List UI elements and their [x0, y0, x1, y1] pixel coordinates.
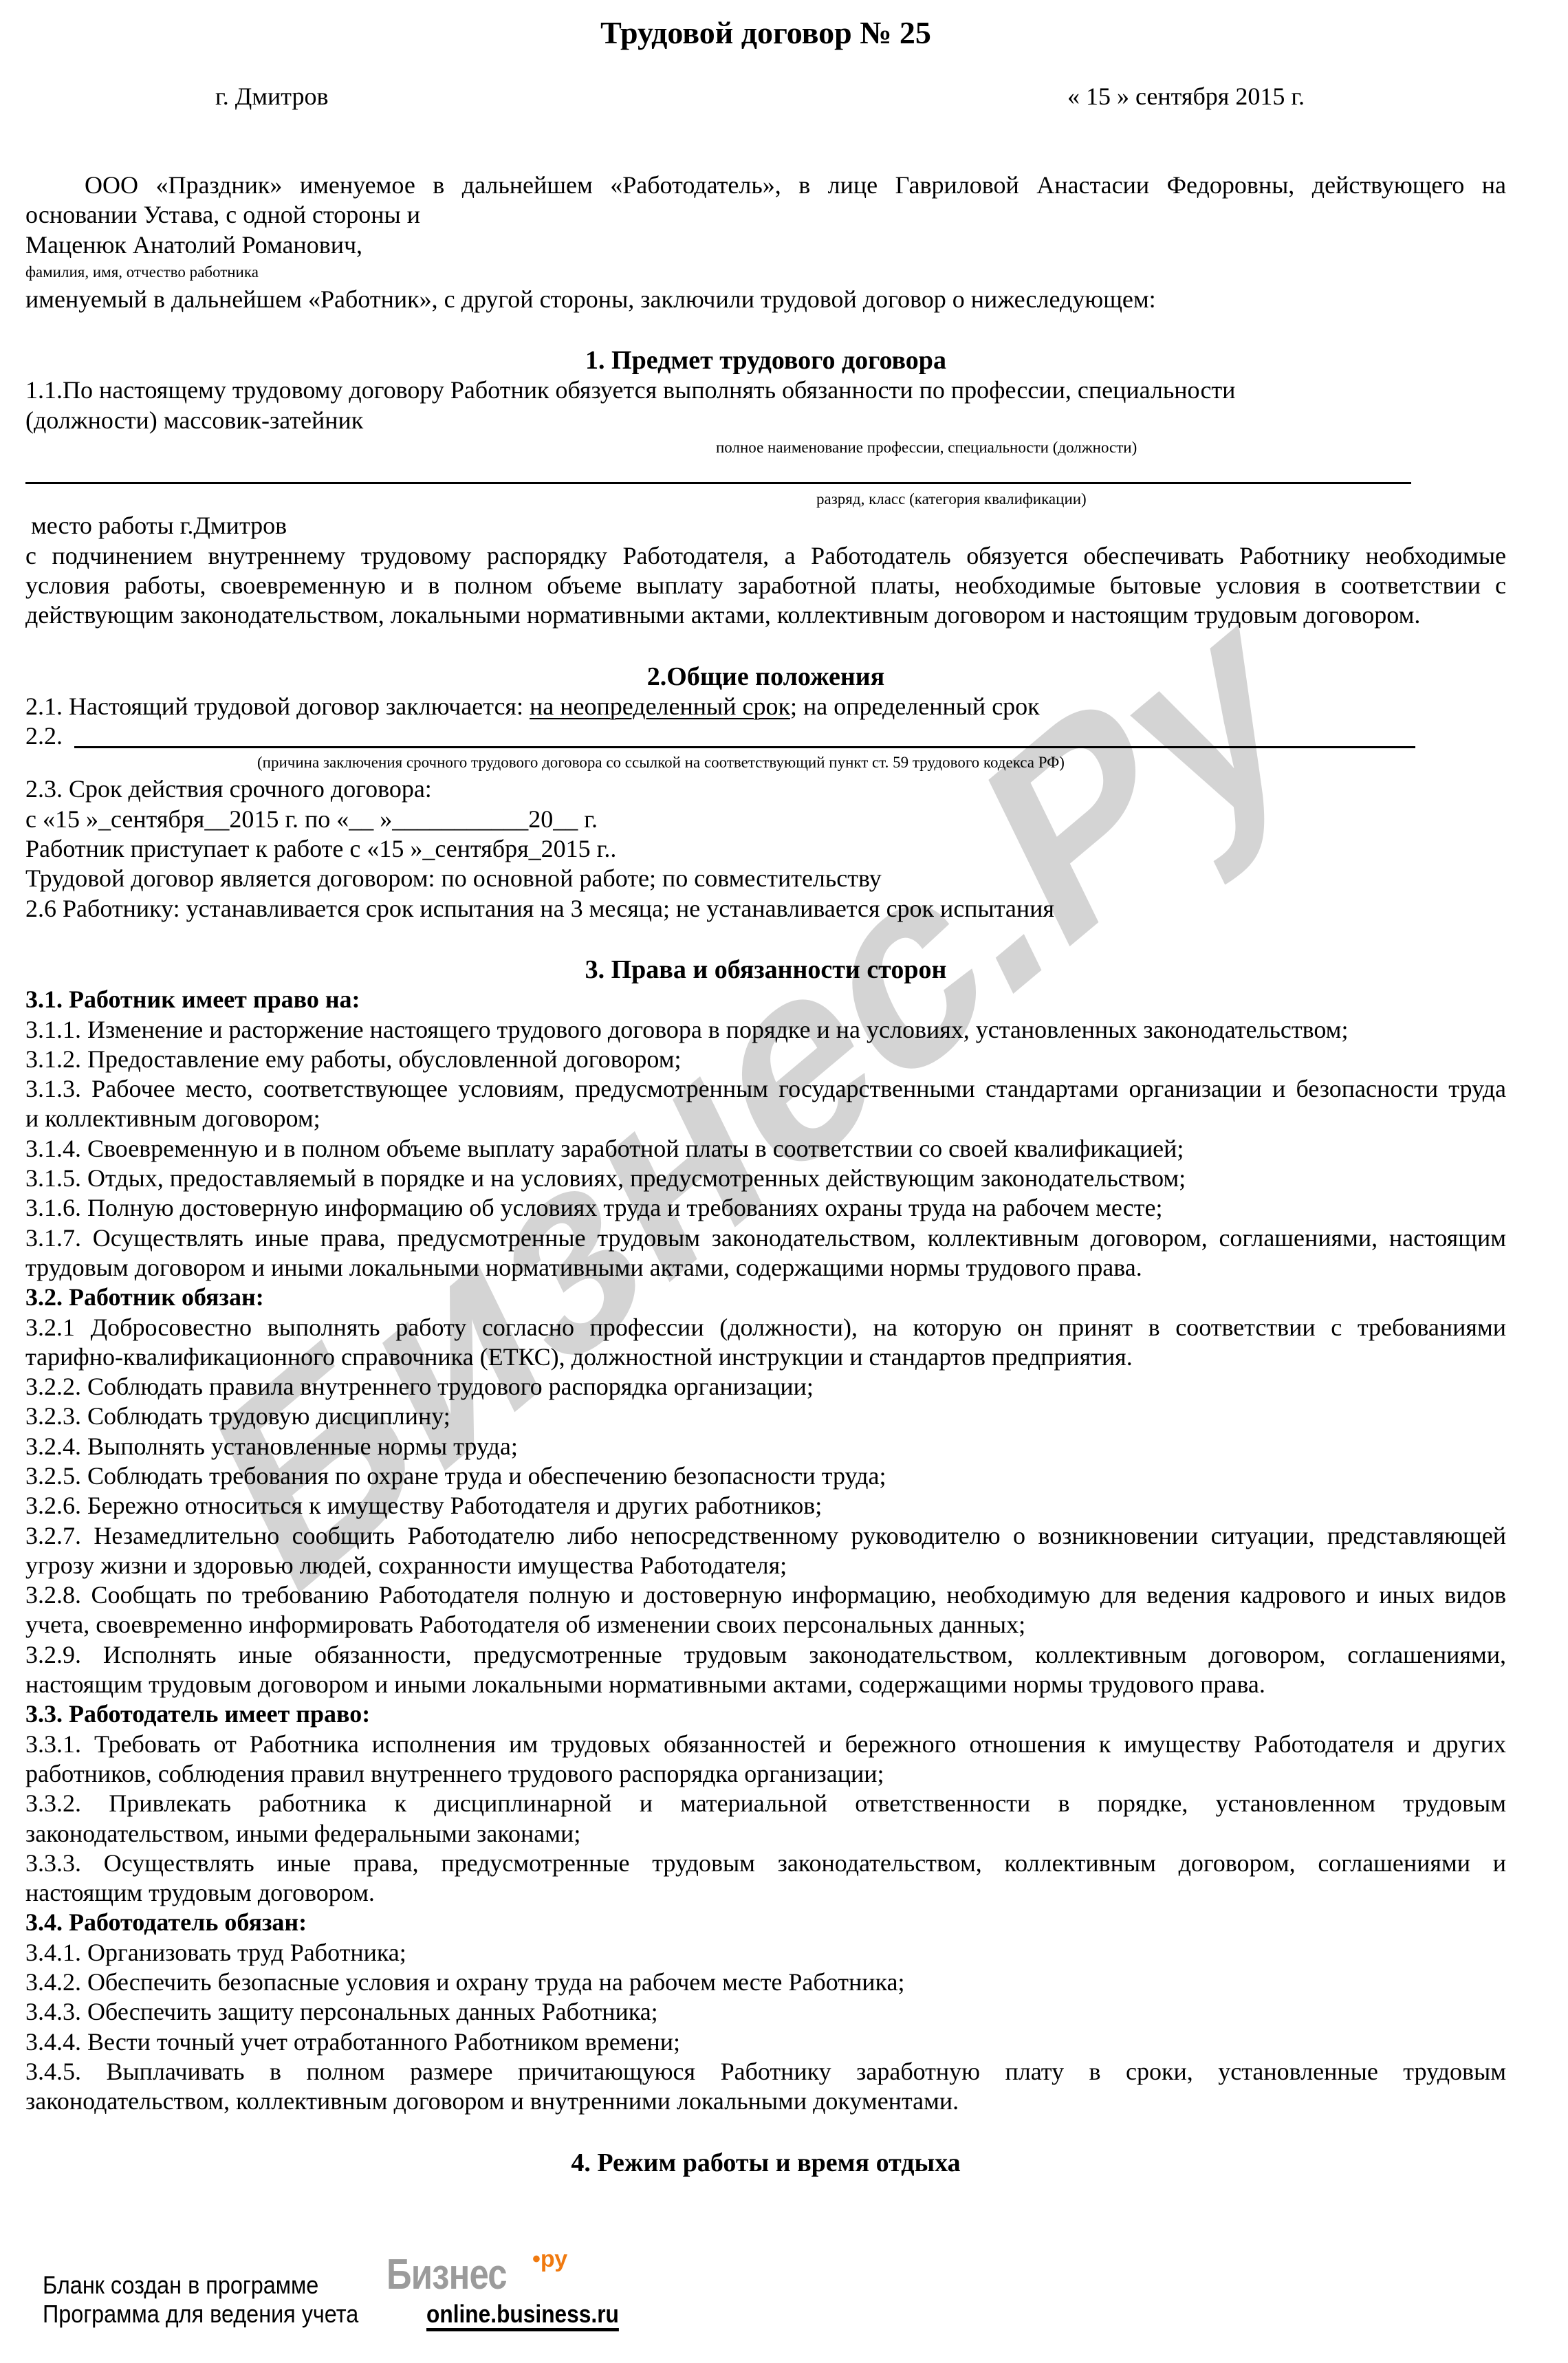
text-line: 3.2.1 Добросовестно выполнять работу сог…: [25, 1313, 1506, 1342]
text-line: 3.2.5. Соблюдать требования по охране тр…: [25, 1461, 1506, 1491]
text-line: 3.2.6. Бережно относиться к имуществу Ра…: [25, 1491, 1506, 1521]
text-line: 3.2.3. Соблюдать трудовую дисциплину;: [25, 1402, 1506, 1431]
text-line: 3.1.5. Отдых, предоставляемый в порядке …: [25, 1164, 1506, 1193]
text-line: законодательством, коллективным договоро…: [25, 2087, 1506, 2116]
text-line: 3.2.7. Незамедлительно сообщить Работода…: [25, 1521, 1506, 1551]
clause-subheading: 3.2. Работник обязан:: [25, 1283, 1506, 1312]
text-line: 3.4.3. Обеспечить защиту персональных да…: [25, 1997, 1506, 2027]
underline-rule: [25, 482, 1411, 484]
text-line: 3.1.7. Осуществлять иные права, предусмо…: [25, 1223, 1506, 1253]
section-heading: 4. Режим работы и время отдыха: [25, 2148, 1506, 2178]
text-line: 3.3.3. Осуществлять иные права, предусмо…: [25, 1849, 1506, 1878]
field-caption: полное наименование профессии, специальн…: [25, 435, 1506, 460]
text-line: Маценюк Анатолий Романович,: [25, 230, 1506, 260]
underline-rule: [74, 746, 1415, 748]
term-label: 2.1. Настоящий трудовой договор заключае…: [25, 693, 530, 720]
text-line: 3.1.4. Своевременную и в полном объеме в…: [25, 1134, 1506, 1164]
text-line: Трудовой договор является договором: по …: [25, 864, 1506, 893]
business-ru-logo[interactable]: Бизнес •ру: [386, 2250, 533, 2299]
footer-made-in-row: Бланк создан в программе Бизнес •ру: [43, 2250, 393, 2300]
text-line: и коллективным договором;: [25, 1104, 1506, 1133]
logo-main-text: Бизнес: [386, 2250, 507, 2299]
text-line: 3.4.4. Вести точный учет отработанного Р…: [25, 2027, 1506, 2057]
text-line: условия работы, своевременную и в полном…: [25, 571, 1506, 600]
text-line: именуемый в дальнейшем «Работник», с дру…: [25, 285, 1506, 314]
text-line: ООО «Праздник» именуемое в дальнейшем «Р…: [25, 171, 1506, 200]
text-line: угрозу жизни и здоровью людей, сохраннос…: [25, 1551, 1506, 1580]
text-line: с подчинением внутреннему трудовому расп…: [25, 541, 1506, 571]
text-line: тарифно-квалификационного справочника (Е…: [25, 1342, 1506, 1372]
text-line: трудовым договором и иными локальными но…: [25, 1253, 1506, 1283]
section-heading: 3. Права и обязанности сторон: [25, 955, 1506, 985]
section-heading: 2.Общие положения: [25, 662, 1506, 692]
text-line: 3.2.2. Соблюдать правила внутреннего тру…: [25, 1372, 1506, 1402]
footer-program-row: Программа для ведения учета online.busin…: [43, 2300, 393, 2334]
text-line: 1.1.По настоящему трудовому договору Раб…: [25, 375, 1506, 405]
clause-subheading: 3.1. Работник имеет право на:: [25, 985, 1506, 1014]
text-line: 3.2.9. Исполнять иные обязанности, преду…: [25, 1640, 1506, 1670]
clause-number: 2.2.: [25, 722, 63, 750]
contract-document: Трудовой договор № 25 г. Дмитров « 15 » …: [25, 0, 1506, 2178]
text-line: 3.1.2. Предоставление ему работы, обусло…: [25, 1045, 1506, 1074]
text-line: с «15 »_сентября__2015 г. по «__ »______…: [25, 805, 1506, 834]
text-line: работников, соблюдения правил внутреннег…: [25, 1759, 1506, 1789]
document-page: Бизнес.Ру Трудовой договор № 25 г. Дмитр…: [0, 0, 1568, 2363]
text-line: учета, своевременно информировать Работо…: [25, 1610, 1506, 1640]
text-line: Работник приступает к работе с «15 »_сен…: [25, 834, 1506, 864]
clause-subheading: 3.3. Работодатель имеет право:: [25, 1699, 1506, 1729]
section-heading: 1. Предмет трудового договора: [25, 346, 1506, 375]
text-line: 3.4.2. Обеспечить безопасные условия и о…: [25, 1968, 1506, 1997]
footer-site-link[interactable]: online.business.ru: [426, 2300, 619, 2329]
contract-body: ООО «Праздник» именуемое в дальнейшем «Р…: [25, 171, 1506, 2178]
text-line: место работы г.Дмитров: [25, 511, 1506, 541]
footer: Бланк создан в программе Бизнес •ру Прог…: [43, 2250, 393, 2334]
text-line: 3.4.1. Организовать труд Работника;: [25, 1938, 1506, 1968]
text-line: 3.1.6. Полную достоверную информацию об …: [25, 1193, 1506, 1223]
text-line: 3.3.1. Требовать от Работника исполнения…: [25, 1730, 1506, 1759]
place-date-row: г. Дмитров « 15 » сентября 2015 г.: [25, 81, 1506, 111]
text-line: 2.3. Срок действия срочного договора:: [25, 774, 1506, 804]
text-line: 3.2.4. Выполнять установленные нормы тру…: [25, 1432, 1506, 1461]
contract-date: « 15 » сентября 2015 г.: [1067, 81, 1305, 111]
page-title: Трудовой договор № 25: [25, 12, 1506, 54]
contract-term-line: 2.1. Настоящий трудовой договор заключае…: [25, 692, 1506, 721]
text-line: законодательством, иными федеральными за…: [25, 1819, 1506, 1849]
term-other-option: ; на определенный срок: [790, 693, 1040, 720]
text-line: 3.3.2. Привлекать работника к дисциплина…: [25, 1789, 1506, 1818]
text-line: 2.6 Работнику: устанавливается срок испы…: [25, 894, 1506, 924]
blank-field-line: [25, 460, 1506, 490]
clause-subheading: 3.4. Работодатель обязан:: [25, 1908, 1506, 1937]
field-caption: разряд, класс (категория квалификации): [25, 490, 1506, 509]
text-line: основании Устава, с одной стороны и: [25, 200, 1506, 230]
text-line: (должности) массовик-затейник: [25, 406, 1506, 435]
text-line: 3.4.5. Выплачивать в полном размере прич…: [25, 2057, 1506, 2087]
text-line: 3.1.1. Изменение и расторжение настоящег…: [25, 1015, 1506, 1045]
text-line: действующим законодательством, локальным…: [25, 600, 1506, 630]
footer-program-text: Программа для ведения учета: [43, 2300, 358, 2329]
footer-made-in-text: Бланк создан в программе: [43, 2271, 318, 2300]
clause-blank-field: 2.2.: [25, 721, 1506, 751]
text-line: настоящим трудовым договором.: [25, 1878, 1506, 1908]
logo-suffix-text: •ру: [532, 2246, 567, 2273]
contract-city: г. Дмитров: [215, 81, 328, 111]
field-caption: фамилия, имя, отчество работника: [25, 260, 1506, 285]
field-caption: (причина заключения срочного трудового д…: [25, 751, 1506, 774]
text-line: 3.2.8. Сообщать по требованию Работодате…: [25, 1580, 1506, 1610]
text-line: 3.1.3. Рабочее место, соответствующее ус…: [25, 1074, 1506, 1104]
text-line: настоящим трудовым договором и иными лок…: [25, 1670, 1506, 1699]
term-selected-option: на неопределенный срок: [530, 693, 790, 720]
